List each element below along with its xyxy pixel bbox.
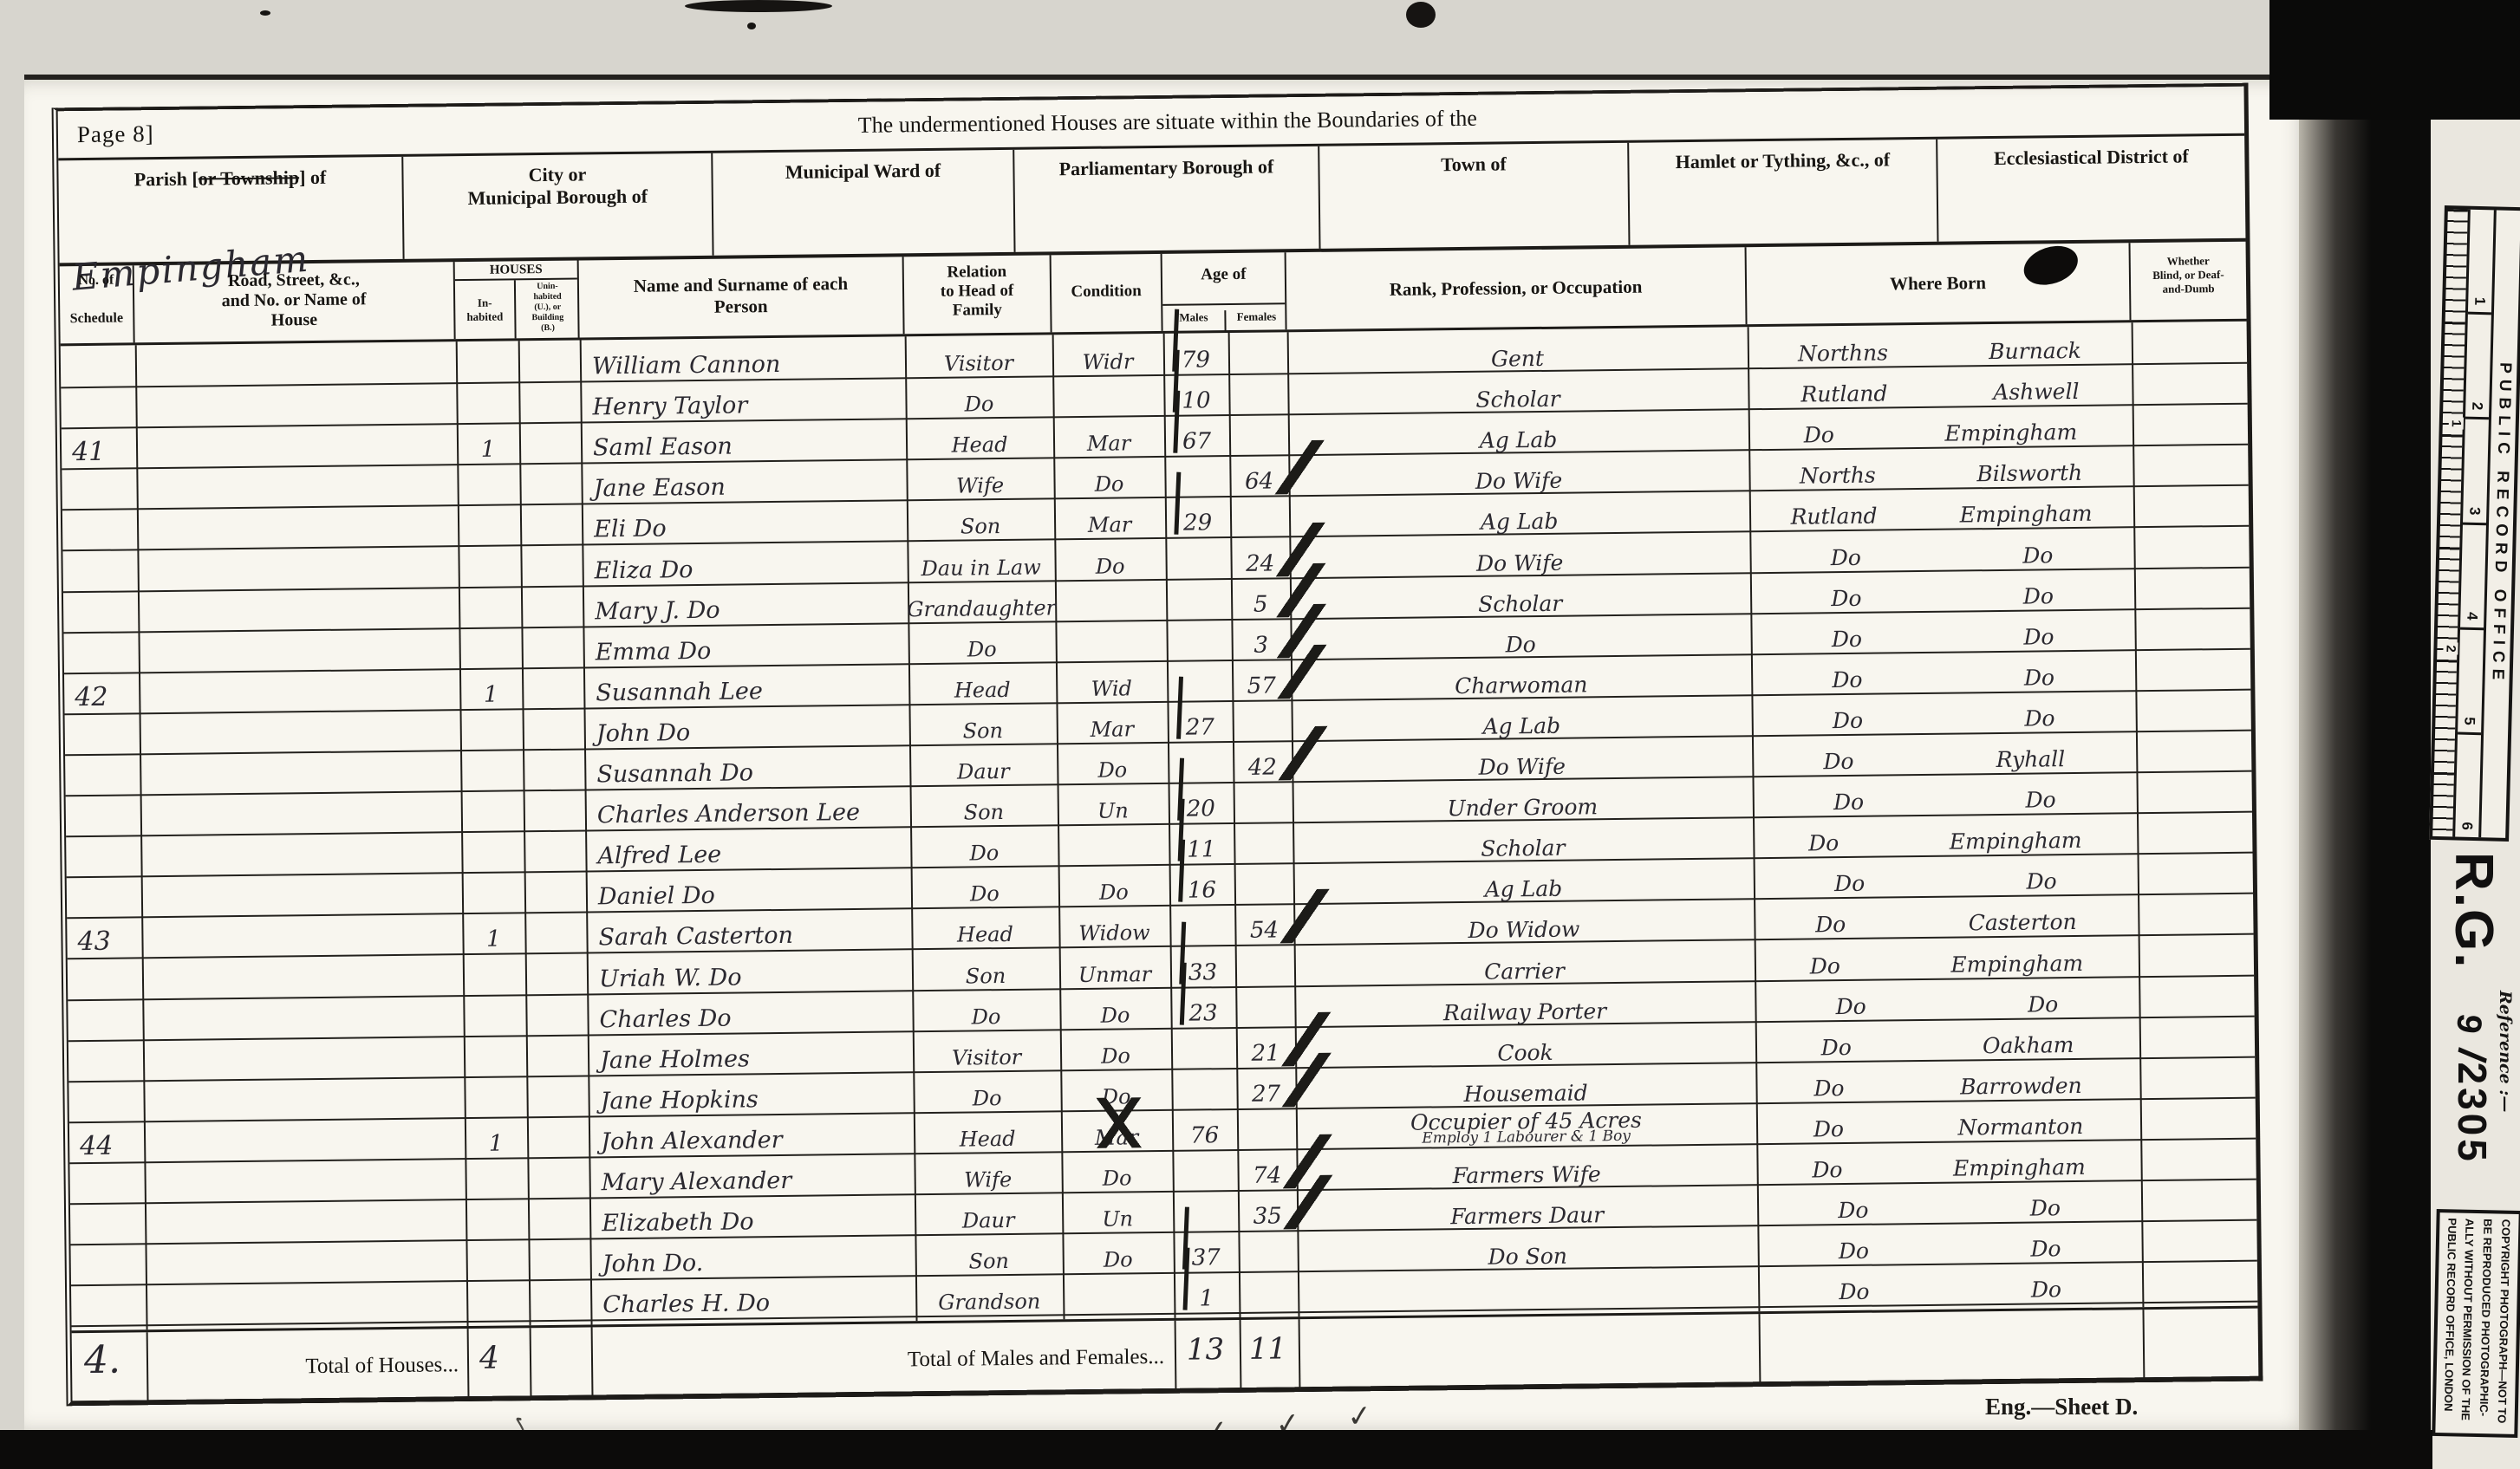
pen-mark [1250, 644, 1353, 699]
condition: Do [1053, 456, 1165, 497]
where-born: DoDo [1751, 690, 2136, 735]
where-born: DoDo [1749, 527, 2134, 572]
column-header-road: Road, Street, &c., and No. or Name of Ho… [134, 262, 456, 342]
where-born: DoEmpingham [1753, 812, 2138, 857]
condition: Mar [1054, 497, 1166, 538]
column-header-schedule: No. of Schedule [60, 265, 135, 343]
pen-mark [1254, 1052, 1358, 1107]
where-born: DoDo [1758, 1261, 2143, 1306]
rg-stamp: R.G. [2449, 852, 2497, 969]
relation-to-head: Do [913, 1069, 1061, 1112]
census-scan-page: Page 8] The undermentioned Houses are si… [0, 0, 2520, 1469]
where-born-part: Normanton [1957, 1114, 2083, 1141]
where-born: DoBarrowden [1755, 1057, 2140, 1102]
occupation: Do Son [1297, 1225, 1757, 1271]
condition: Do [1062, 1232, 1174, 1273]
where-born-part: Do [2024, 705, 2054, 731]
pro-scale-cell: 6 [2455, 734, 2481, 837]
grid-line [530, 1328, 532, 1398]
pro-stamp-box: PUBLIC RECORD OFFICE 123456 1 2 [2429, 205, 2520, 842]
where-born-part: Do [1813, 1076, 1844, 1101]
where-born: DoDo [1751, 649, 2136, 694]
where-born-part: Do [2024, 665, 2054, 690]
grid-line [1758, 1314, 1761, 1384]
where-born-part: Burnack [1989, 338, 2081, 364]
houses-inhabited: 1 [457, 423, 520, 465]
occupation: Do Wife [1289, 531, 1749, 577]
where-born-part: Empingham [1953, 1154, 2086, 1181]
where-born-part: Empingham [1944, 419, 2077, 446]
person-name: Uriah W. Do [587, 949, 913, 993]
occupation: Scholar [1290, 572, 1750, 618]
condition: Mar [1056, 701, 1168, 743]
where-born-part: Do [1831, 544, 1861, 569]
person-name: Eliza Do [582, 541, 908, 585]
occupation: Do Widow [1293, 899, 1754, 945]
where-born: DoNormanton [1756, 1098, 2141, 1143]
relation-to-head: Daur [915, 1192, 1063, 1234]
condition: Do [1054, 537, 1166, 579]
schedule-total: 4. [84, 1338, 121, 1382]
occupation: Railway Porter [1294, 980, 1755, 1026]
where-born: DoEmpingham [1748, 404, 2133, 449]
where-born-part: Do [2030, 1236, 2061, 1261]
person-name: Sarah Casterton [586, 908, 912, 952]
where-born-part: Casterton [1969, 909, 2077, 935]
column-header-name: Name and Surname of each Person [579, 257, 905, 337]
pen-mark [1253, 889, 1356, 944]
pen-mark [1256, 1174, 1359, 1229]
person-name: Charles H. Do [590, 1276, 916, 1320]
person-name: Jane Holmes [588, 1030, 914, 1075]
where-born-part: Do [1815, 912, 1846, 937]
houses-inhabited: 1 [459, 667, 523, 709]
occupation: Farmers Daur [1297, 1184, 1757, 1230]
where-born-part: Do [1833, 708, 1863, 733]
where-born-part: Do [2026, 869, 2056, 894]
sheet-heading: The undermentioned Houses are situate wi… [344, 100, 1991, 145]
total-houses-label: Total of Houses... [185, 1353, 459, 1381]
where-born-part: Norths [1800, 463, 1876, 489]
where-born-part: Rutland [1790, 504, 1877, 530]
town-header: Town of [1319, 143, 1630, 249]
scan-smudge [1406, 2, 1436, 28]
pro-scale-cell: 4 [2460, 524, 2486, 630]
condition: Do [1057, 742, 1169, 783]
occupation: Housemaid [1295, 1062, 1755, 1108]
where-born-part: Do [1808, 830, 1839, 855]
relation-to-head: Do [908, 621, 1056, 663]
scan-smudge [747, 23, 756, 29]
book-gutter-shadow [2299, 0, 2431, 1469]
ruler-number: 2 [2443, 642, 2458, 655]
relation-to-head: Son [915, 1232, 1063, 1275]
hamlet-header: Hamlet or Tything, &c., of [1629, 140, 1938, 245]
where-born-part: Empingham [1950, 950, 2083, 977]
occupation: Gent [1287, 327, 1748, 373]
relation-to-head: Do [911, 866, 1059, 908]
condition: Un [1058, 783, 1169, 824]
where-born: RutlandEmpingham [1749, 486, 2134, 531]
condition: Unmar [1059, 946, 1171, 987]
where-born: DoRyhall [1752, 731, 2137, 776]
ward-header: Municipal Ward of [713, 150, 1015, 256]
relation-to-head: Visitor [913, 1029, 1061, 1071]
condition: Do [1058, 864, 1170, 906]
occupation: Cook [1295, 1021, 1755, 1067]
person-name: William Cannon [580, 336, 906, 380]
where-born: RutlandAshwell [1748, 363, 2133, 408]
where-born-part: Do [1804, 422, 1834, 447]
condition: Do [1061, 1150, 1173, 1192]
total-houses-value: 4 [479, 1341, 499, 1376]
where-born-part: Do [2023, 624, 2054, 649]
scan-black-corner [2269, 0, 2520, 120]
relation-to-head: Son [910, 783, 1058, 826]
where-born: DoEmpingham [1756, 1139, 2141, 1184]
condition: Wid [1056, 660, 1168, 702]
pro-scale-cell: 5 [2458, 629, 2484, 735]
relation-to-head: Head [908, 661, 1057, 704]
grid-line [147, 1332, 149, 1402]
where-born: DoDo [1757, 1220, 2142, 1265]
occupation: Carrier [1294, 939, 1755, 985]
reference-label: Reference :— [2496, 991, 2515, 1112]
reference-number: R.G. 9 / 2305 [2449, 852, 2497, 1165]
piece-number: 2305 [2449, 1062, 2496, 1164]
grid-line [1240, 1320, 1242, 1390]
where-born-part: Do [2025, 787, 2055, 812]
scan-smudge [260, 10, 270, 16]
column-header-uninhabited: Unin- habited (U.), or Building (B.) [518, 280, 578, 339]
occupation: Scholar [1293, 816, 1753, 862]
pro-scale-cell: 2 [2465, 315, 2491, 420]
total-mf-label: Total of Males and Females... [765, 1345, 1164, 1374]
total-males: 13 [1187, 1332, 1225, 1367]
column-header-age: Age of Males Females [1162, 252, 1287, 331]
schedule-number: 41 [65, 427, 135, 469]
occupation [1298, 1265, 1758, 1311]
condition: Widow [1058, 905, 1170, 946]
pro-scale-cell: 3 [2463, 419, 2489, 525]
person-name: Mary J. Do [583, 582, 908, 626]
relation-to-head: Do [905, 375, 1053, 418]
pen-mark [1066, 1097, 1171, 1148]
scan-black-bottom [0, 1430, 2432, 1469]
person-name: Jane Eason [581, 459, 907, 504]
where-born: DoOakham [1755, 1017, 2140, 1062]
schedule-number: 42 [68, 672, 138, 713]
relation-to-head: Wife [914, 1151, 1062, 1193]
person-name: Alfred Lee [585, 826, 911, 870]
where-born-part: Do [1834, 871, 1865, 896]
total-females: 11 [1249, 1331, 1287, 1366]
condition: Do [1060, 1028, 1172, 1069]
pen-mark [1251, 725, 1354, 780]
person-name: Elizabeth Do [589, 1193, 915, 1238]
occupation: Ag Lab [1293, 858, 1754, 904]
copyright-stamp: COPYRIGHT PHOTOGRAPH—NOT TOBE REPRODUCED… [2432, 1209, 2520, 1438]
person-name: Mary Alexander [589, 1153, 915, 1197]
struck-text: or Township [199, 166, 300, 189]
where-born-part: Northns [1798, 340, 1888, 366]
condition: Do [1059, 986, 1171, 1028]
houses-inhabited: 1 [465, 1116, 528, 1158]
column-header-inhabited: In- habited [455, 280, 517, 339]
where-born-part: Do [1833, 790, 1864, 815]
relation-to-head: Son [908, 702, 1057, 744]
where-born-part: Do [2031, 1277, 2061, 1303]
pen-mark [1247, 440, 1351, 495]
relation-to-head: Head [911, 907, 1059, 949]
relation-to-head: Son [912, 947, 1060, 990]
relation-to-head: Head [906, 417, 1054, 459]
occupation: Farmers Wife [1296, 1143, 1756, 1189]
grid-line [591, 1327, 594, 1397]
where-born-part: Do [2028, 991, 2058, 1017]
occupation: Under Groom [1292, 776, 1752, 822]
where-born-part: Do [1839, 1279, 1869, 1304]
where-born-part: Do [1832, 626, 1862, 651]
where-born-part: Do [1832, 667, 1862, 692]
where-born-part: Do [1836, 993, 1866, 1018]
condition: Un [1062, 1191, 1174, 1232]
relation-to-head: Head [914, 1110, 1062, 1153]
where-born: DoDo [1750, 608, 2135, 653]
person-name: John Do. [589, 1234, 915, 1278]
column-header-occupation: Rank, Profession, or Occupation [1286, 247, 1748, 329]
where-born: DoDo [1752, 771, 2137, 816]
where-born-part: Do [2030, 1195, 2061, 1220]
where-born: DoCasterton [1754, 894, 2139, 939]
where-born: DoDo [1755, 976, 2139, 1021]
where-born: NorthsBilsworth [1748, 445, 2133, 491]
census-rows: William CannonVisitorWidr79GentNorthnsBu… [61, 322, 2258, 1331]
grid-line [1299, 1319, 1301, 1389]
pro-rotated-content: PUBLIC RECORD OFFICE 123456 1 2 Referenc… [2431, 111, 2520, 1469]
relation-to-head: Wife [906, 458, 1054, 500]
where-born-part: Do [2022, 543, 2053, 568]
schedule-number: 43 [70, 917, 140, 959]
relation-to-head: Grandaughter [908, 580, 1056, 622]
where-born-part: Do [2023, 583, 2054, 608]
age-subheader: Males Females [1162, 302, 1285, 333]
relation-to-head: Daur [909, 743, 1058, 785]
column-header-relation: Relation to Head of Family [904, 255, 1052, 334]
person-name: Saml Eason [581, 418, 907, 462]
where-born-part: Bilsworth [1976, 460, 2082, 486]
where-born: DoDo [1757, 1180, 2142, 1225]
condition: Mar [1053, 415, 1165, 457]
schedule-number: 44 [73, 1121, 143, 1162]
person-name: Susannah Lee [583, 663, 909, 707]
column-header-males: Males [1162, 310, 1226, 333]
person-name: Daniel Do [586, 868, 912, 912]
grid-line [467, 1329, 470, 1399]
where-born-part: Do [1813, 1116, 1844, 1141]
where-born-part: Do [1839, 1238, 1869, 1264]
where-born-part: Oakham [1983, 1032, 2074, 1058]
person-name: John Do [583, 704, 909, 748]
occupation: Charwoman [1291, 653, 1751, 699]
person-name: Charles Do [587, 990, 913, 1034]
page-number: Page 8] [77, 120, 154, 148]
person-name: Emma Do [583, 622, 908, 666]
person-name: John Alexander [589, 1112, 915, 1156]
person-name: Charles Anderson Lee [585, 785, 911, 829]
condition: Widr [1052, 334, 1164, 375]
column-header-condition: Condition [1052, 254, 1163, 332]
occupation: Ag Lab [1288, 408, 1748, 454]
census-table: Page 8] The undermentioned Houses are si… [52, 83, 2263, 1407]
relation-to-head: Grandson [915, 1274, 1064, 1316]
where-born-part: Do [1831, 585, 1861, 610]
age-male: 76 [1172, 1108, 1238, 1150]
where-born-part: Do [1810, 953, 1840, 978]
ruler-number: 1 [2449, 417, 2464, 430]
pro-reference-strip: PUBLIC RECORD OFFICE 123456 1 2 Referenc… [2431, 111, 2520, 1469]
grid-line [2142, 1310, 2145, 1380]
where-born: NorthnsBurnack [1748, 322, 2133, 367]
relation-to-head: Do [912, 988, 1060, 1030]
where-born-part: Rutland [1800, 381, 1887, 407]
where-born-part: Do [1821, 1035, 1852, 1060]
occupation: Do Wife [1288, 450, 1748, 496]
where-born-part: Barrowden [1960, 1073, 2082, 1100]
where-born: DoDo [1750, 568, 2135, 613]
occupation: Do Wife [1292, 735, 1752, 781]
relation-to-head: Do [910, 824, 1058, 867]
sheet-footer: Eng.—Sheet D. [1985, 1394, 2138, 1420]
where-born-part: Empingham [1960, 501, 2093, 528]
where-born-part: Do [1823, 749, 1853, 774]
where-born-part: Do [1838, 1198, 1868, 1223]
where-born: DoEmpingham [1755, 935, 2139, 980]
occupation: Ag Lab [1291, 694, 1751, 740]
houses-inhabited: 1 [462, 913, 525, 954]
column-header-females: Females [1227, 309, 1285, 324]
column-header-houses: HOUSES In- habited Unin- habited (U.), o… [455, 261, 580, 340]
where-born: DoDo [1754, 853, 2139, 898]
pro-scale-cell: 1 [2468, 210, 2494, 315]
occupation: Ag Lab [1289, 491, 1749, 536]
person-name: Jane Hopkins [588, 1071, 914, 1115]
where-born-part: Ashwell [1993, 379, 2079, 405]
where-born-part: Ryhall [1996, 746, 2065, 772]
borough-header: City or Municipal Borough of [403, 153, 713, 259]
scan-smudge [685, 0, 832, 12]
relation-to-head: Dau in Law [907, 539, 1055, 582]
column-header-blind: Whether Blind, or Deaf- and-Dumb [2131, 242, 2247, 321]
person-name: Eli Do [582, 500, 908, 544]
person-name: Henry Taylor [580, 377, 906, 421]
series-number: 9 [2448, 1011, 2490, 1036]
ecclesiastical-header: Ecclesiastical District of [1937, 136, 2245, 242]
occupation: Scholar [1287, 367, 1748, 413]
occupation: Do [1290, 613, 1750, 659]
occupation: Occupier of 45 AcresEmploy 1 Labourer & … [1296, 1102, 1756, 1148]
parliamentary-header: Parliamentary Borough of [1014, 146, 1320, 252]
relation-to-head: Son [907, 498, 1055, 541]
grid-line [1175, 1321, 1177, 1391]
where-born-part: Empingham [1950, 828, 2082, 855]
relation-to-head: Visitor [905, 335, 1053, 377]
where-born-part: Do [1812, 1157, 1842, 1182]
person-name: Susannah Do [584, 744, 910, 789]
